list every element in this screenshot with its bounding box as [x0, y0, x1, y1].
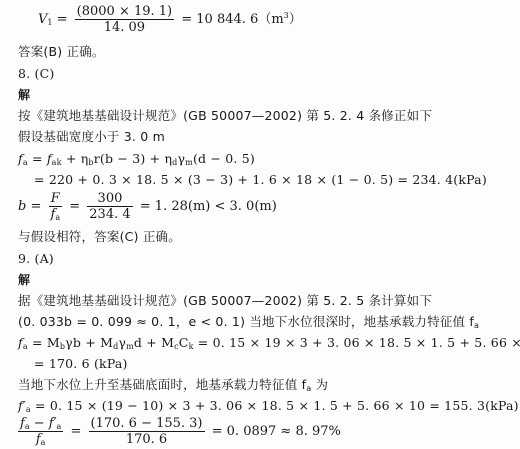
q9-eq3: f′a = 0. 15 × (19 − 10) × 3 + 3. 06 × 18… [18, 398, 519, 414]
formula-var: f′ [49, 416, 57, 431]
q9-reference: 据《建筑地基基础设计规范》(GB 50007—2002) 第 5. 2. 5 条… [18, 293, 432, 309]
formula-text: γb + M [65, 335, 113, 350]
q7-answer: 答案(B) 正确。 [18, 44, 105, 60]
q8-reference: 按《建筑地基基础设计规范》(GB 50007—2002) 第 5. 2. 4 条… [18, 108, 432, 124]
formula-text: r(b − 3) + η [94, 151, 172, 166]
formula-var: V [38, 12, 47, 27]
document-page: V1 = (8000 × 19. 1) 14. 09 = 10 844. 6（m… [0, 0, 520, 449]
formula-text: C [179, 335, 189, 350]
formula-sub: a [57, 422, 62, 431]
rise-text: 当地下水位上升至基础底面时，地基承载力特征值 f [18, 377, 306, 392]
fraction: F fa [49, 191, 63, 222]
q8-eq1: fa = fak + ηbr(b − 3) + ηdγm(d − 0. 5) [18, 151, 255, 167]
formula-sub: m [126, 342, 134, 351]
q9-eq1: fa = Mbγb + Mdγmd + McCk = 0. 15 × 19 × … [18, 335, 520, 351]
fraction: (170. 6 − 155. 3) 170. 6 [89, 416, 205, 447]
q8-number: 8. (C) [18, 66, 54, 82]
fraction-denominator: fa [49, 207, 63, 222]
formula-var: f′ [18, 398, 26, 413]
formula-sub: a [41, 438, 46, 447]
q8-solution-label: 解 [18, 87, 30, 103]
q9-rise-text: 当地下水位上升至基础底面时，地基承载力特征值 fa 为 [18, 377, 328, 393]
fraction: fa − f′a fa [18, 416, 63, 447]
formula-text: = [28, 151, 47, 166]
formula-sub: 1 [47, 18, 52, 27]
q9-eq4: fa − f′a fa = (170. 6 − 155. 3) 170. 6 =… [18, 416, 341, 447]
q8-conclusion: 与假设相符，答案(C) 正确。 [18, 229, 181, 245]
equals-sign: = [57, 12, 72, 27]
fraction-denominator: 14. 09 [75, 20, 174, 35]
fraction-numerator: F [49, 191, 63, 207]
rise-text-end: 为 [311, 377, 328, 392]
equals-sign: = [70, 424, 81, 439]
formula-sub: m [185, 158, 193, 167]
fraction-numerator: (8000 × 19. 1) [75, 4, 174, 20]
formula-sub: a [474, 321, 479, 330]
formula-text: γ [118, 335, 126, 350]
formula-result: = 10 844. 6（m [181, 12, 283, 27]
q7-volume-formula: V1 = (8000 × 19. 1) 14. 09 = 10 844. 6（m… [38, 4, 302, 35]
equals-sign: = [69, 199, 80, 214]
formula-text: = 0. 15 × (19 − 10) × 3 + 3. 06 × 18. 5 … [31, 398, 519, 413]
formula-text: = M [28, 335, 60, 350]
q8-assumption: 假设基础宽度小于 3. 0 m [18, 129, 165, 145]
fraction-numerator: fa − f′a [18, 416, 63, 432]
q8-eq2: = 220 + 0. 3 × 18. 5 × (3 − 3) + 1. 6 × … [34, 172, 487, 188]
q8-eq3: b = F fa = 300 234. 4 = 1. 28(m) < 3. 0(… [18, 191, 277, 222]
formula-op: − [30, 416, 49, 431]
fraction-denominator: 234. 4 [87, 207, 132, 222]
formula-text: + η [62, 151, 89, 166]
fraction-denominator: 170. 6 [89, 432, 205, 447]
condition-text: (0. 033b = 0. 099 ≈ 0. 1，e < 0. 1) 当地下水位… [18, 314, 474, 329]
q9-condition: (0. 033b = 0. 099 ≈ 0. 1，e < 0. 1) 当地下水位… [18, 314, 479, 330]
formula-var: b = [18, 199, 41, 214]
q9-number: 9. (A) [18, 251, 54, 267]
formula-sub: a [55, 213, 60, 222]
q9-eq2: = 170. 6 (kPa) [34, 356, 128, 372]
formula-text: (d − 0. 5) [193, 151, 255, 166]
formula-text: d + M [134, 335, 174, 350]
formula-result: = 1. 28(m) < 3. 0(m) [140, 199, 277, 214]
formula-close: ） [289, 12, 302, 27]
fraction: (8000 × 19. 1) 14. 09 [75, 4, 174, 35]
formula-text: = 0. 15 × 19 × 3 + 3. 06 × 18. 5 × 1. 5 … [194, 335, 520, 350]
fraction-denominator: fa [18, 432, 63, 447]
formula-sub: ak [52, 158, 62, 167]
q9-solution-label: 解 [18, 272, 30, 288]
fraction-numerator: 300 [87, 191, 132, 207]
formula-result: = 0. 0897 ≈ 8. 97% [212, 424, 341, 439]
fraction: 300 234. 4 [87, 191, 132, 222]
fraction-numerator: (170. 6 − 155. 3) [89, 416, 205, 432]
